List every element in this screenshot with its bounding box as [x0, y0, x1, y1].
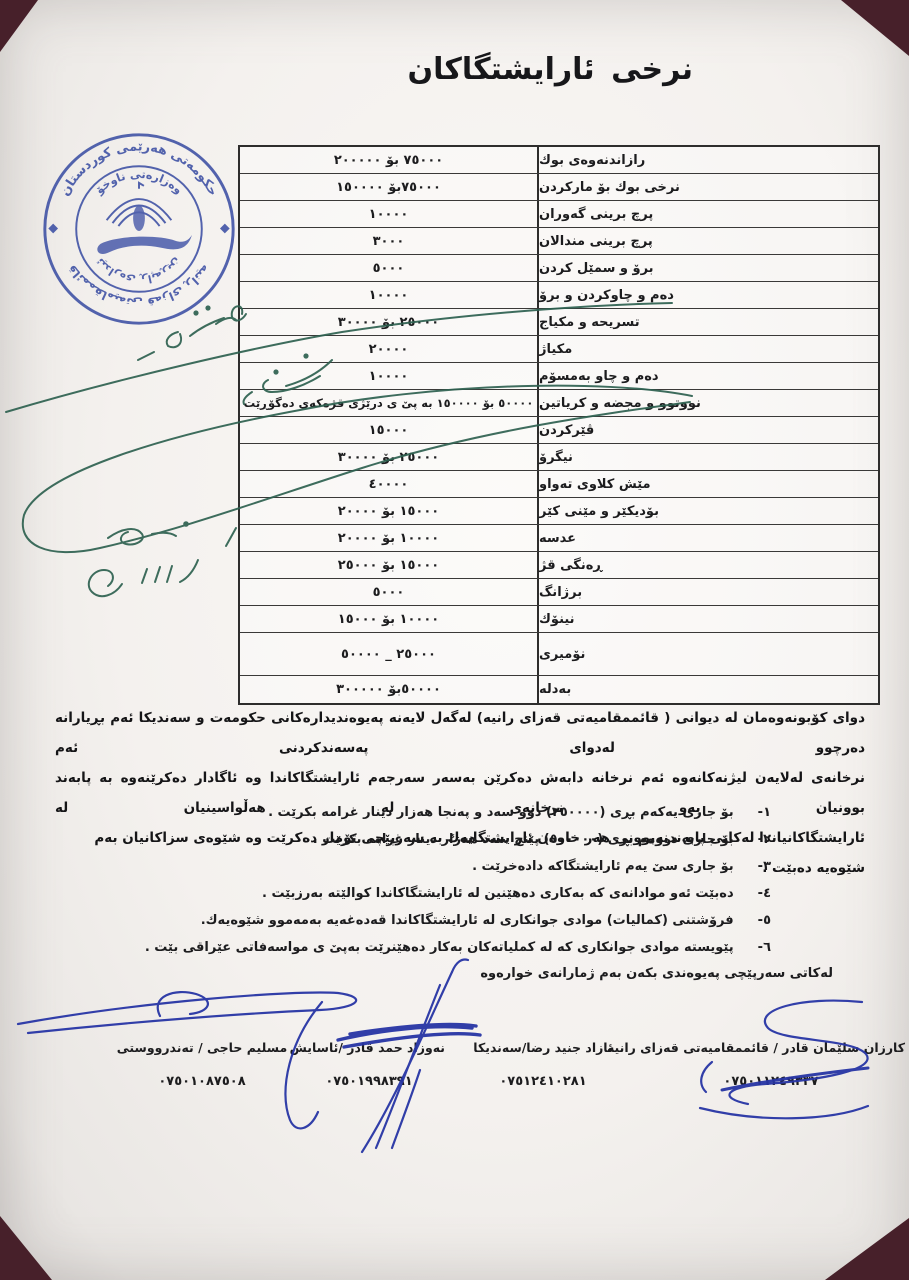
- rule-text: بۆ جاری سێ یەم ئارایشتگاكە دادەخرێت .: [472, 859, 734, 874]
- price-table-row: ١٠٠٠٠ دەم و چاوكردن و برۆ: [240, 282, 878, 309]
- penalty-rules-list: ١-بۆ جاری یەكەم بڕی (٢٥٠٠٠٠) دوو سەد و پ…: [145, 804, 771, 966]
- service-cell: عدسە: [537, 525, 878, 551]
- price-cell: ٢٥٠٠٠ بۆ ٣٠٠٠٠: [240, 444, 537, 470]
- rule-item: ٣-بۆ جاری سێ یەم ئارایشتگاكە دادەخرێت .: [145, 858, 771, 876]
- official-stamp-seal: حكومەتی هەرێمی كوردستان قائممقامیەتی قەز…: [36, 124, 242, 334]
- rule-text: بۆ جاری دووەم بڕی (٥٠٠٠٠٠) پێنج سەد هەزا…: [313, 832, 734, 847]
- rule-text: پێویستە موادی جوانكاری كە لە كملیاتەكان …: [145, 940, 734, 955]
- service-cell: تسریحە و مكیاج: [537, 309, 878, 335]
- photo-corner-top-left: [0, 0, 38, 52]
- signatory-phone: ٠٧٥١٢٤١٠٢٨١: [449, 1074, 637, 1089]
- service-cell: مێش كلاوی تەواو: [537, 471, 878, 497]
- rule-text: فرۆشتنی (كمالیات) موادی جوانكاری لە ئارا…: [201, 913, 734, 928]
- paragraph-line: دوای كۆبونەوەمان لە دیوانی ( قائممقامیەت…: [55, 703, 865, 763]
- price-cell: ١٥٠٠٠ بۆ ٢٥٠٠٠: [240, 552, 537, 578]
- service-cell: بەدلە: [537, 676, 878, 703]
- price-table-row: ٣٠٠٠ پرچ برینی مندالان: [240, 228, 878, 255]
- signatory: مسلیم حاجی / تەندرووستی ٠٧٥٠١٠٨٧٥٠٨: [111, 1040, 293, 1089]
- price-table-row: ٥٠٠٠ برژانگ: [240, 579, 878, 606]
- service-cell: برژانگ: [537, 579, 878, 605]
- price-table-row: ٢٥٠٠٠ بۆ ٣٠٠٠٠ تسریحە و مكیاج: [240, 309, 878, 336]
- rule-item: ٥-فرۆشتنی (كمالیات) موادی جوانكاری لە ئا…: [145, 912, 771, 930]
- price-table-row: ٢٠٠٠٠ مكیاژ: [240, 336, 878, 363]
- price-table-row: ١٥٠٠٠ ڤێركردن: [240, 417, 878, 444]
- rule-number: ١-: [758, 804, 771, 822]
- service-cell: نۆمیری: [537, 633, 878, 675]
- price-cell: ١٠٠٠٠: [240, 282, 537, 308]
- price-table-row: ٤٠٠٠٠ مێش كلاوی تەواو: [240, 471, 878, 498]
- price-cell: ٥٠٠٠٠بۆ ٣٠٠٠٠٠: [240, 676, 537, 703]
- price-table-row: ١٥٠٠٠ بۆ ٢٠٠٠٠ بۆدیكێر و مێنی كێر: [240, 498, 878, 525]
- price-table-row: ٧٥٠٠٠ بۆ ٢٠٠٠٠٠ رازاندنەوەی بوك: [240, 147, 878, 174]
- service-cell: دەم و چاو بەمسۆم: [537, 363, 878, 389]
- service-cell: رازاندنەوەی بوك: [537, 147, 878, 173]
- price-table-row: ١٠٠٠٠ پرچ برینی گەوران: [240, 201, 878, 228]
- price-cell: ١٥٠٠٠: [240, 417, 537, 443]
- service-cell: پرچ برینی گەوران: [537, 201, 878, 227]
- price-cell: ٧٥٠٠٠ بۆ ٢٠٠٠٠٠: [240, 147, 537, 173]
- rule-item: ٢-بۆ جاری دووەم بڕی (٥٠٠٠٠٠) پێنج سەد هە…: [145, 831, 771, 849]
- svg-text:ئیدارەی ڕاپەڕین: ئیدارەی ڕاپەڕین: [93, 256, 184, 287]
- price-table: ٧٥٠٠٠ بۆ ٢٠٠٠٠٠ رازاندنەوەی بوك ٧٥٠٠٠بۆ …: [238, 145, 880, 705]
- service-cell: ڕەنگی قژ: [537, 552, 878, 578]
- price-cell: ١٠٠٠٠: [240, 201, 537, 227]
- price-cell: ٢٥٠٠٠ بۆ ٣٠٠٠٠: [240, 309, 537, 335]
- price-cell: ٢٠٠٠٠: [240, 336, 537, 362]
- rule-number: ٥-: [758, 912, 771, 930]
- rule-number: ٣-: [758, 858, 771, 876]
- rule-number: ٤-: [758, 885, 771, 903]
- price-table-row: ٥٠٠٠٠بۆ ٣٠٠٠٠٠ بەدلە: [240, 676, 878, 703]
- price-table-row: ٢٥٠٠٠ _ ٥٠٠٠٠ نۆمیری: [240, 633, 878, 676]
- rule-text: دەبێت ئەو موادانەی كە بەكاری دەهێنین لە …: [262, 886, 734, 901]
- price-table-row: ٥٠٠٠ برۆ و سمێل كردن: [240, 255, 878, 282]
- rule-number: ٦-: [758, 939, 771, 957]
- photo-corner-bottom-right: [825, 1218, 909, 1280]
- price-table-row: ٥٠٠٠٠ بۆ ١٥٠٠٠٠ بە پێ ی درێژی قژەكەی دەگ…: [240, 390, 878, 417]
- signatory-phone: ٠٧٥٠١١٢٤٩٣٣٧: [637, 1074, 905, 1089]
- price-table-row: ١٠٠٠٠ بۆ ٢٠٠٠٠ عدسە: [240, 525, 878, 552]
- price-table-row: ١٥٠٠٠ بۆ ٢٥٠٠٠ ڕەنگی قژ: [240, 552, 878, 579]
- price-table-row: ١٠٠٠٠ بۆ ١٥٠٠٠ نینۆك: [240, 606, 878, 633]
- signatory-phone: ٠٧٥٠١٠٨٧٥٠٨: [111, 1074, 293, 1089]
- price-cell: ٢٥٠٠٠ _ ٥٠٠٠٠: [240, 633, 537, 675]
- contact-note: لەكاتی سەرپێچی پەیوەندی بكەن بەم ژمارانە…: [480, 966, 833, 981]
- photo-corner-top-right: [841, 0, 909, 56]
- signatory-phone: ٠٧٥٠١٩٩٨٣٩١: [293, 1074, 445, 1089]
- rule-item: ١-بۆ جاری یەكەم بڕی (٢٥٠٠٠٠) دوو سەد و پ…: [145, 804, 771, 822]
- signatories-row: كارزان سلێمان قادر / قائممقامیەتی قەزای …: [0, 1040, 909, 1110]
- service-cell: نینۆك: [537, 606, 878, 632]
- price-table-row: ٧٥٠٠٠بۆ ١٥٠٠٠٠ نرخی بوك بۆ ماركردن: [240, 174, 878, 201]
- rule-item: ٤-دەبێت ئەو موادانەی كە بەكاری دەهێنین ل…: [145, 885, 771, 903]
- signatory: ئازاد جنید رضا/سەندیكا ٠٧٥١٢٤١٠٢٨١: [449, 1040, 637, 1089]
- service-cell: مكیاژ: [537, 336, 878, 362]
- price-cell: ٥٠٠٠: [240, 579, 537, 605]
- service-cell: دەم و چاوكردن و برۆ: [537, 282, 878, 308]
- price-cell: ٥٠٠٠٠ بۆ ١٥٠٠٠٠ بە پێ ی درێژی قژەكەی دەگ…: [240, 390, 537, 416]
- price-cell: ٤٠٠٠٠: [240, 471, 537, 497]
- scanned-document-page: نرخی ئارایشتگاكان حكومەتی هەرێمی كوردستا…: [0, 0, 909, 1280]
- service-cell: ڤێركردن: [537, 417, 878, 443]
- price-cell: ١٠٠٠٠ بۆ ١٥٠٠٠: [240, 606, 537, 632]
- price-cell: ١٠٠٠٠: [240, 363, 537, 389]
- price-cell: ٧٥٠٠٠بۆ ١٥٠٠٠٠: [240, 174, 537, 200]
- price-cell: ١٠٠٠٠ بۆ ٢٠٠٠٠: [240, 525, 537, 551]
- price-table-row: ١٠٠٠٠ دەم و چاو بەمسۆم: [240, 363, 878, 390]
- service-cell: نیگرۆ: [537, 444, 878, 470]
- signatory-name: مسلیم حاجی / تەندرووستی: [111, 1040, 293, 1055]
- rule-number: ٢-: [758, 831, 771, 849]
- signatory: نەوزاد حمد قادر /ئاسایش ٠٧٥٠١٩٩٨٣٩١: [293, 1040, 445, 1089]
- service-cell: نووتوو و مجضە و كریاتین: [537, 390, 878, 416]
- rule-item: ٦-پێویستە موادی جوانكاری كە لە كملیاتەكا…: [145, 939, 771, 957]
- service-cell: برۆ و سمێل كردن: [537, 255, 878, 281]
- price-cell: ٥٠٠٠: [240, 255, 537, 281]
- signatory-name: ئازاد جنید رضا/سەندیكا: [449, 1040, 637, 1055]
- signatory-name: كارزان سلێمان قادر / قائممقامیەتی قەزای …: [637, 1040, 905, 1055]
- price-cell: ٣٠٠٠: [240, 228, 537, 254]
- signatory: كارزان سلێمان قادر / قائممقامیەتی قەزای …: [637, 1040, 905, 1089]
- service-cell: بۆدیكێر و مێنی كێر: [537, 498, 878, 524]
- photo-corner-bottom-left: [0, 1216, 52, 1280]
- price-table-row: ٢٥٠٠٠ بۆ ٣٠٠٠٠ نیگرۆ: [240, 444, 878, 471]
- signatory-name: نەوزاد حمد قادر /ئاسایش: [293, 1040, 445, 1055]
- service-cell: پرچ برینی مندالان: [537, 228, 878, 254]
- page-title: نرخی ئارایشتگاكان: [408, 52, 694, 87]
- rule-text: بۆ جاری یەكەم بڕی (٢٥٠٠٠٠) دوو سەد و پەن…: [268, 805, 734, 820]
- service-cell: نرخی بوك بۆ ماركردن: [537, 174, 878, 200]
- price-cell: ١٥٠٠٠ بۆ ٢٠٠٠٠: [240, 498, 537, 524]
